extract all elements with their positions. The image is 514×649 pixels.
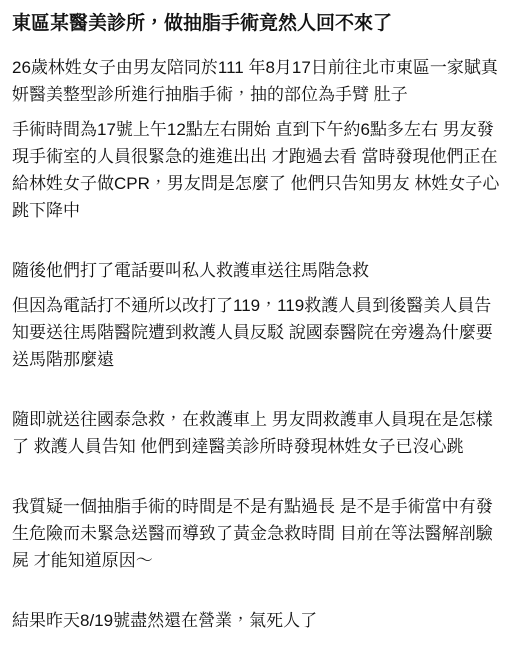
- paragraph: 但因為電話打不通所以改打了119，119救護人員到後醫美人員告知要送往馬階醫院遭…: [12, 292, 502, 373]
- paragraph-gap: [12, 232, 502, 249]
- paragraph: 我質疑一個抽脂手術的時間是不是有點過長 是不是手術當中有發生危險而未緊急送醫而導…: [12, 493, 502, 574]
- article-body: 26歲林姓女子由男友陪同於111 年8月17日前往北市東區一家賦真妍醫美整型診所…: [12, 54, 502, 634]
- paragraph: 手術時間為17號上午12點左右開始 直到下午約6點多左右 男友發現手術室的人員很…: [12, 116, 502, 224]
- paragraph: 隨後他們打了電話要叫私人救護車送往馬階急救: [12, 257, 502, 284]
- article: 東區某醫美診所，做抽脂手術竟然人回不來了 26歲林姓女子由男友陪同於111 年8…: [0, 0, 514, 634]
- article-title: 東區某醫美診所，做抽脂手術竟然人回不來了: [12, 9, 502, 39]
- page: { "article": { "title": "東區某醫美診所，做抽脂手術竟然…: [0, 0, 514, 649]
- paragraph-gap: [12, 582, 502, 599]
- paragraph: 26歲林姓女子由男友陪同於111 年8月17日前往北市東區一家賦真妍醫美整型診所…: [12, 54, 502, 108]
- paragraph: 隨即就送往國泰急救，在救護車上 男友問救護車人員現在是怎樣了 救護人員告知 他們…: [12, 406, 502, 460]
- paragraph: 結果昨天8/19號盡然還在營業，氣死人了: [12, 607, 502, 634]
- paragraph-gap: [12, 468, 502, 485]
- paragraph-gap: [12, 381, 502, 398]
